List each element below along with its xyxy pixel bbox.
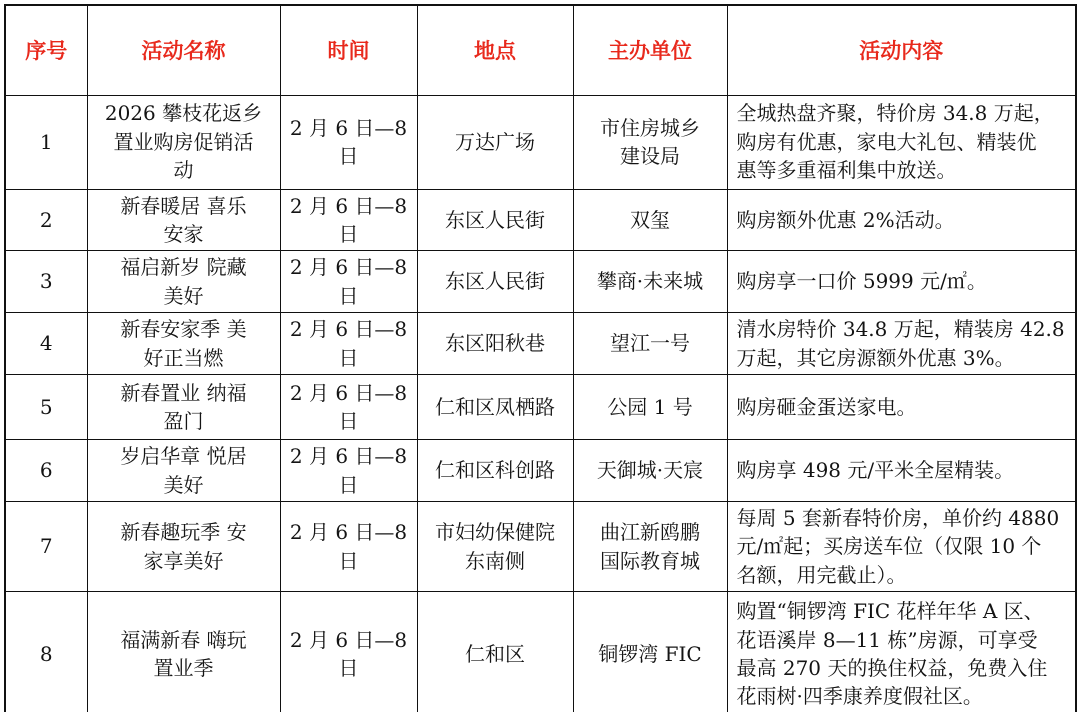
cell-time: 2 月 6 日—8 日 (280, 251, 417, 313)
table-row: 7 新春趣玩季 安 家享美好 2 月 6 日—8 日 市妇幼保健院 东南侧 曲江… (5, 502, 1076, 592)
cell-activity-name: 2026 攀枝花返乡 置业购房促销活 动 (87, 95, 280, 189)
col-header-index: 序号 (5, 5, 87, 95)
cell-organizer: 铜锣湾 FIC (573, 592, 727, 712)
cell-organizer: 公园 1 号 (573, 375, 727, 440)
col-header-organizer: 主办单位 (573, 5, 727, 95)
cell-organizer: 曲江新鸥鹏 国际教育城 (573, 502, 727, 592)
cell-time: 2 月 6 日—8 日 (280, 95, 417, 189)
cell-content: 购房享一口价 5999 元/㎡。 (727, 251, 1076, 313)
table-row: 2 新春暖居 喜乐 安家 2 月 6 日—8 日 东区人民街 双玺 购房额外优惠… (5, 189, 1076, 251)
cell-index: 5 (5, 375, 87, 440)
table-row: 5 新春置业 纳福 盈门 2 月 6 日—8 日 仁和区凤栖路 公园 1 号 购… (5, 375, 1076, 440)
cell-content: 全城热盘齐聚，特价房 34.8 万起， 购房有优惠，家电大礼包、精装优 惠等多重… (727, 95, 1076, 189)
table-row: 4 新春安家季 美 好正当燃 2 月 6 日—8 日 东区阳秋巷 望江一号 清水… (5, 313, 1076, 375)
cell-organizer: 市住房城乡 建设局 (573, 95, 727, 189)
cell-activity-name: 新春安家季 美 好正当燃 (87, 313, 280, 375)
cell-index: 7 (5, 502, 87, 592)
cell-index: 4 (5, 313, 87, 375)
cell-organizer: 望江一号 (573, 313, 727, 375)
table-row: 6 岁启华章 悦居 美好 2 月 6 日—8 日 仁和区科创路 天御城·天宸 购… (5, 440, 1076, 502)
cell-time: 2 月 6 日—8 日 (280, 592, 417, 712)
table-row: 3 福启新岁 院藏 美好 2 月 6 日—8 日 东区人民街 攀商·未来城 购房… (5, 251, 1076, 313)
cell-place: 仁和区凤栖路 (417, 375, 573, 440)
table-row: 8 福满新春 嗨玩 置业季 2 月 6 日—8 日 仁和区 铜锣湾 FIC 购置… (5, 592, 1076, 712)
cell-organizer: 天御城·天宸 (573, 440, 727, 502)
table-row: 1 2026 攀枝花返乡 置业购房促销活 动 2 月 6 日—8 日 万达广场 … (5, 95, 1076, 189)
cell-time: 2 月 6 日—8 日 (280, 502, 417, 592)
document-page: 序号 活动名称 时间 地点 主办单位 活动内容 1 2026 攀枝花返乡 置业购… (0, 0, 1080, 712)
cell-content: 清水房特价 34.8 万起，精装房 42.8 万起，其它房源额外优惠 3%。 (727, 313, 1076, 375)
cell-activity-name: 新春置业 纳福 盈门 (87, 375, 280, 440)
cell-place: 东区人民街 (417, 189, 573, 251)
cell-place: 仁和区科创路 (417, 440, 573, 502)
cell-place: 东区人民街 (417, 251, 573, 313)
col-header-content: 活动内容 (727, 5, 1076, 95)
cell-time: 2 月 6 日—8 日 (280, 189, 417, 251)
cell-index: 8 (5, 592, 87, 712)
cell-time: 2 月 6 日—8 日 (280, 313, 417, 375)
cell-place: 市妇幼保健院 东南侧 (417, 502, 573, 592)
cell-activity-name: 福满新春 嗨玩 置业季 (87, 592, 280, 712)
cell-activity-name: 福启新岁 院藏 美好 (87, 251, 280, 313)
cell-activity-name: 岁启华章 悦居 美好 (87, 440, 280, 502)
cell-place: 仁和区 (417, 592, 573, 712)
cell-activity-name: 新春暖居 喜乐 安家 (87, 189, 280, 251)
col-header-time: 时间 (280, 5, 417, 95)
col-header-activity-name: 活动名称 (87, 5, 280, 95)
cell-organizer: 双玺 (573, 189, 727, 251)
cell-place: 东区阳秋巷 (417, 313, 573, 375)
header-row: 序号 活动名称 时间 地点 主办单位 活动内容 (5, 5, 1076, 95)
cell-content: 购房砸金蛋送家电。 (727, 375, 1076, 440)
col-header-place: 地点 (417, 5, 573, 95)
cell-index: 6 (5, 440, 87, 502)
cell-time: 2 月 6 日—8 日 (280, 375, 417, 440)
cell-organizer: 攀商·未来城 (573, 251, 727, 313)
cell-activity-name: 新春趣玩季 安 家享美好 (87, 502, 280, 592)
cell-place: 万达广场 (417, 95, 573, 189)
cell-index: 1 (5, 95, 87, 189)
cell-content: 购房享 498 元/平米全屋精装。 (727, 440, 1076, 502)
cell-content: 购置“铜锣湾 FIC 花样年华 A 区、 花语溪岸 8—11 栋”房源，可享受 … (727, 592, 1076, 712)
cell-content: 每周 5 套新春特价房，单价约 4880 元/㎡起；买房送车位（仅限 10 个 … (727, 502, 1076, 592)
cell-content: 购房额外优惠 2%活动。 (727, 189, 1076, 251)
cell-index: 2 (5, 189, 87, 251)
cell-time: 2 月 6 日—8 日 (280, 440, 417, 502)
cell-index: 3 (5, 251, 87, 313)
promotions-table: 序号 活动名称 时间 地点 主办单位 活动内容 1 2026 攀枝花返乡 置业购… (4, 4, 1077, 712)
